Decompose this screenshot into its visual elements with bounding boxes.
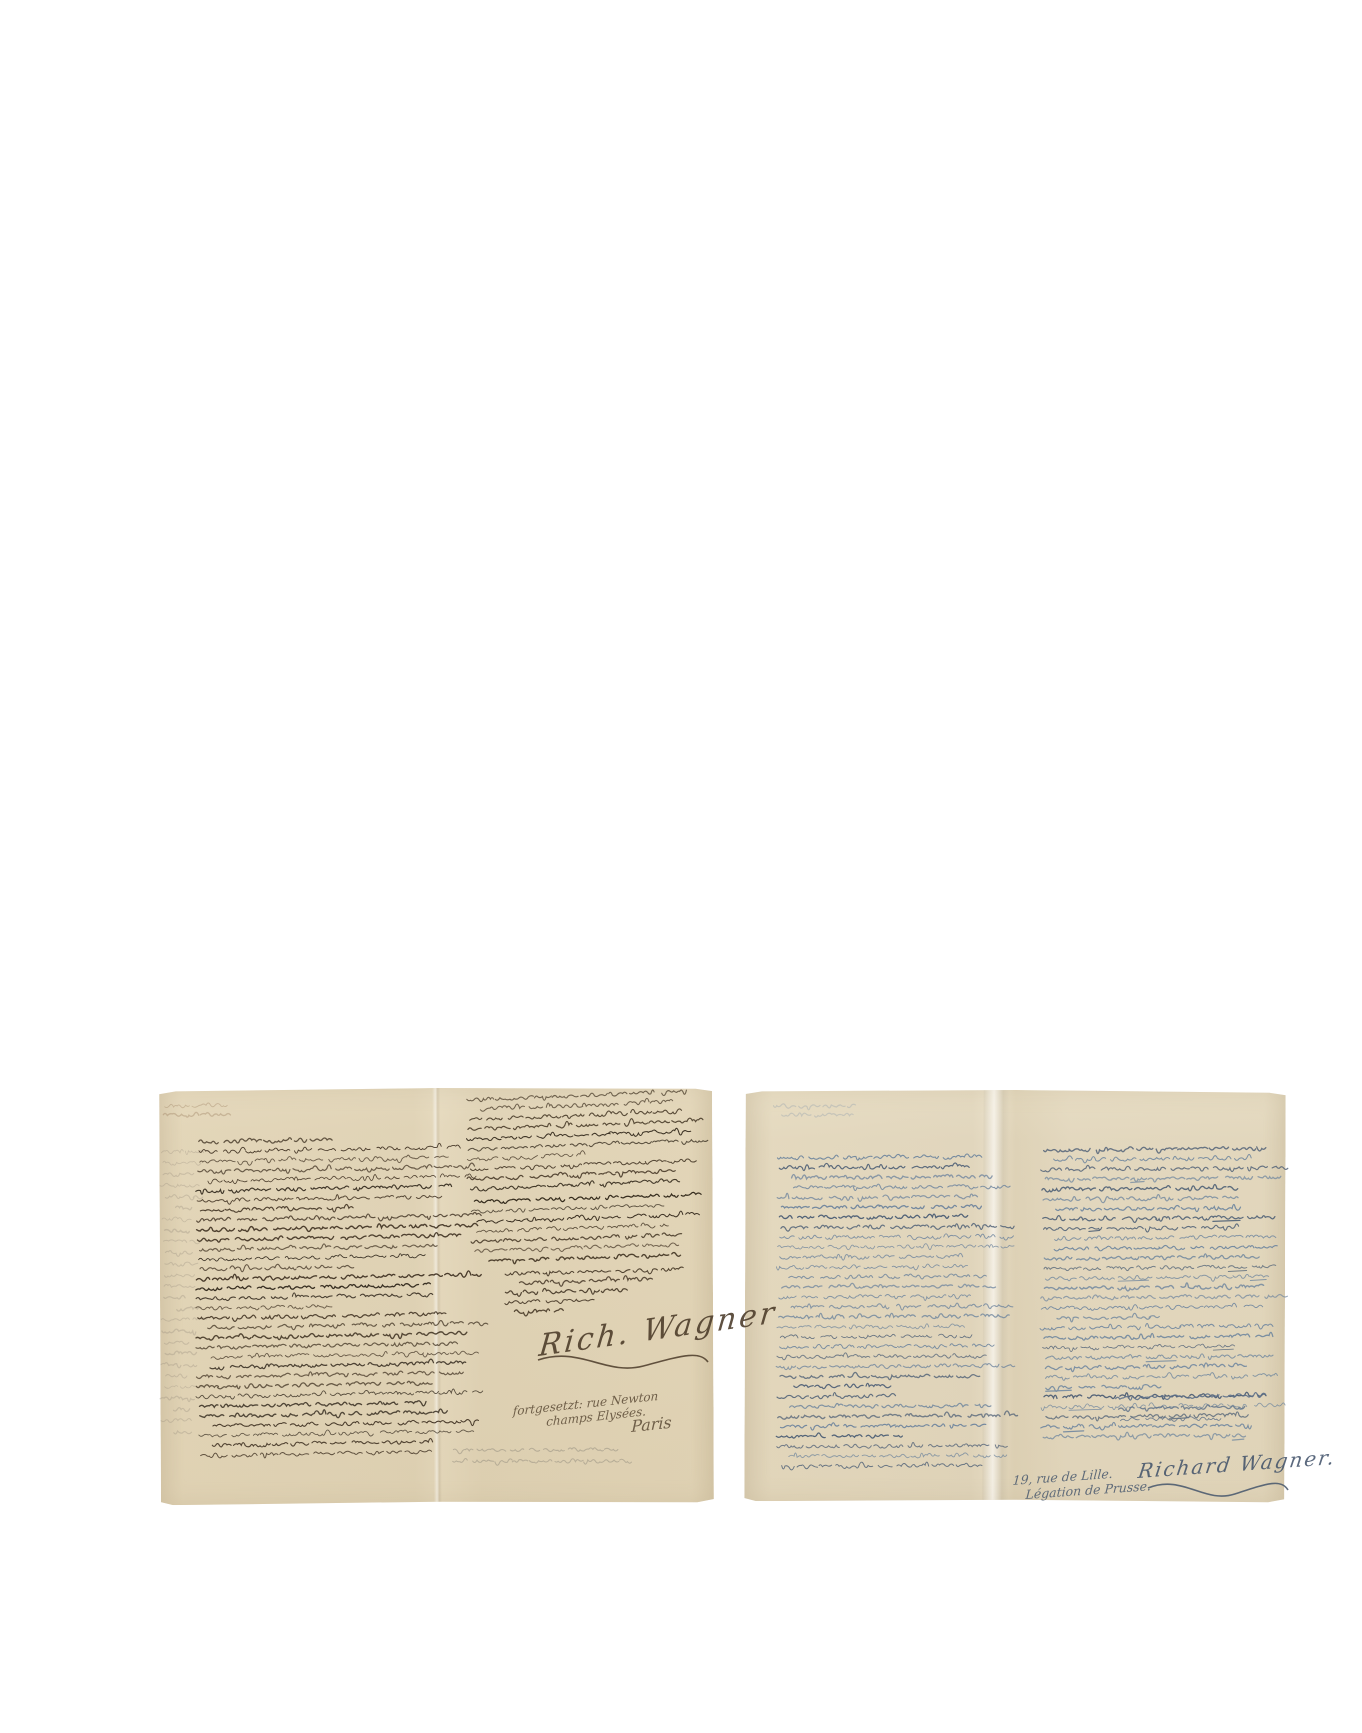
letter-right-center-fold (982, 1090, 1009, 1502)
letter-right-paper (744, 1089, 1285, 1503)
letter-left-center-fold (432, 1088, 442, 1504)
letter-left-paper (159, 1087, 714, 1505)
photo-background: Rich. Wagner fortgesetzt: rue Newton cha… (0, 0, 1362, 1733)
